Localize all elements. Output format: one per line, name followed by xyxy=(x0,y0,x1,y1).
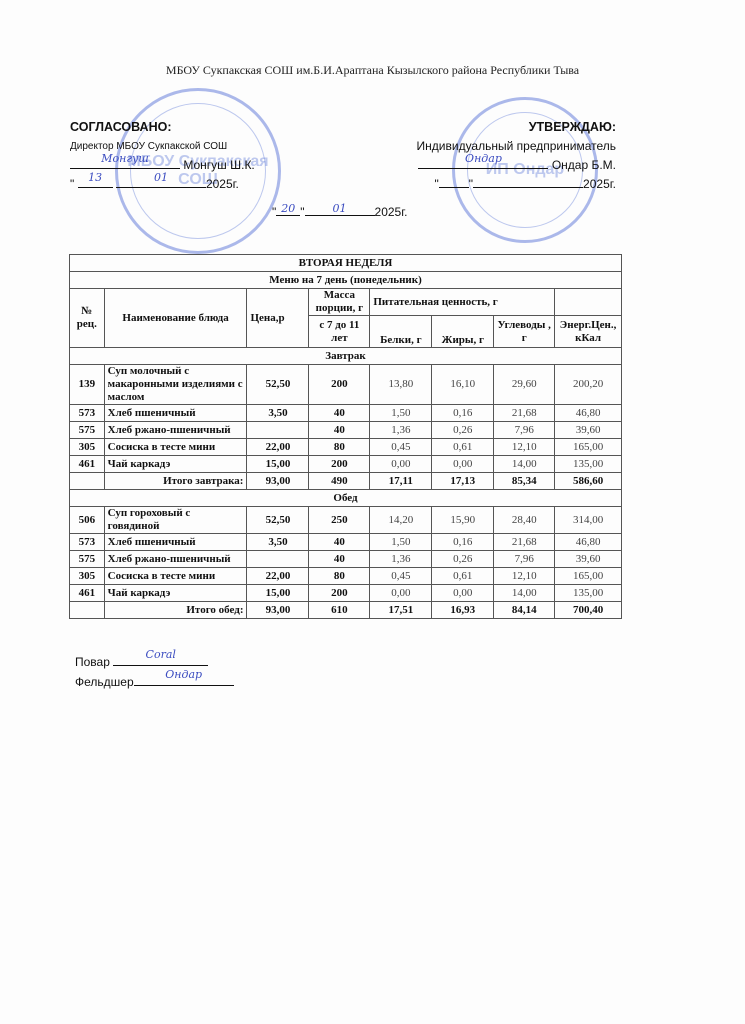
menu-date: "20"012025г. xyxy=(272,203,407,219)
header-nutrition: Питательная ценность, г xyxy=(370,289,555,316)
mass: 40 xyxy=(309,405,370,422)
recipe-number: 573 xyxy=(70,405,105,422)
protein: 0,45 xyxy=(370,439,432,456)
price: 52,50 xyxy=(247,365,309,405)
header-protein: Белки, г xyxy=(370,316,432,348)
table-row: 461Чай каркадэ15,002000,000,0014,00135,0… xyxy=(70,456,622,473)
agreed-block: СОГЛАСОВАНО: Директор МБОУ Сукпакской СО… xyxy=(70,118,370,194)
agreed-heading: СОГЛАСОВАНО: xyxy=(70,118,370,137)
cook-label: Повар xyxy=(75,655,110,669)
mass: 40 xyxy=(309,422,370,439)
table-row: 139Суп молочный с макаронными изделиями … xyxy=(70,365,622,405)
energy: 46,80 xyxy=(555,534,622,551)
carbs: 7,96 xyxy=(494,422,555,439)
energy: 39,60 xyxy=(555,422,622,439)
price xyxy=(247,422,309,439)
total-row: Итого обед:93,0061017,5116,9384,14700,40 xyxy=(70,602,622,619)
recipe-number: 506 xyxy=(70,507,105,534)
menu-date-day-field: 20 xyxy=(276,203,300,216)
total-label: Итого завтрака: xyxy=(104,473,247,490)
approved-position: Индивидуальный предприниматель xyxy=(400,137,616,156)
carbs: 14,00 xyxy=(494,456,555,473)
agreed-date: " 13 012025г. xyxy=(70,175,370,194)
mass: 80 xyxy=(309,439,370,456)
energy: 46,80 xyxy=(555,405,622,422)
approved-signature-line: Ондар Ондар Б.М. xyxy=(400,156,616,175)
approved-signature: Ондар xyxy=(465,149,502,168)
header-carbs: Углеводы , г xyxy=(494,316,555,348)
price: 22,00 xyxy=(247,568,309,585)
section-title: Обед xyxy=(70,490,622,507)
header-num: № рец. xyxy=(70,289,105,348)
dish-name: Хлеб ржано-пшеничный xyxy=(104,551,247,568)
carbs: 21,68 xyxy=(494,405,555,422)
total-label: Итого обед: xyxy=(104,602,247,619)
protein: 1,50 xyxy=(370,405,432,422)
total-mass: 490 xyxy=(309,473,370,490)
header-price: Цена,р xyxy=(247,289,309,348)
dish-name: Сосиска в тесте мини xyxy=(104,568,247,585)
fat: 0,16 xyxy=(432,534,494,551)
protein: 0,00 xyxy=(370,585,432,602)
total-row: Итого завтрака:93,0049017,1117,1385,3458… xyxy=(70,473,622,490)
approved-date-month-field xyxy=(473,175,583,188)
carbs: 21,68 xyxy=(494,534,555,551)
energy: 165,00 xyxy=(555,439,622,456)
fat: 0,00 xyxy=(432,585,494,602)
fat: 0,26 xyxy=(432,422,494,439)
carbs: 14,00 xyxy=(494,585,555,602)
approved-date: ""2025г. xyxy=(400,175,616,194)
approved-signature-field: Ондар xyxy=(418,156,548,169)
menu-table: ВТОРАЯ НЕДЕЛЯ Меню на 7 день (понедельни… xyxy=(69,254,622,619)
carbs: 12,10 xyxy=(494,568,555,585)
fat: 16,10 xyxy=(432,365,494,405)
dish-name: Суп молочный с макаронными изделиями с м… xyxy=(104,365,247,405)
mass: 40 xyxy=(309,551,370,568)
header-empty xyxy=(555,289,622,316)
recipe-number: 305 xyxy=(70,568,105,585)
protein: 0,00 xyxy=(370,456,432,473)
total-energy: 586,60 xyxy=(555,473,622,490)
approved-block: УТВЕРЖДАЮ: Индивидуальный предпринимател… xyxy=(400,118,616,194)
recipe-number: 575 xyxy=(70,551,105,568)
dish-name: Хлеб ржано-пшеничный xyxy=(104,422,247,439)
mass: 250 xyxy=(309,507,370,534)
table-subtitle: Меню на 7 день (понедельник) xyxy=(70,272,622,289)
recipe-number: 575 xyxy=(70,422,105,439)
fat: 0,61 xyxy=(432,439,494,456)
price: 22,00 xyxy=(247,439,309,456)
protein: 1,36 xyxy=(370,422,432,439)
table-row: 506Суп гороховый с говядиной52,5025014,2… xyxy=(70,507,622,534)
dish-name: Чай каркадэ xyxy=(104,456,247,473)
fat: 0,61 xyxy=(432,568,494,585)
protein: 13,80 xyxy=(370,365,432,405)
carbs: 29,60 xyxy=(494,365,555,405)
recipe-number: 461 xyxy=(70,456,105,473)
protein: 1,36 xyxy=(370,551,432,568)
total-price: 93,00 xyxy=(247,602,309,619)
table-row: 573Хлеб пшеничный3,50401,500,1621,6846,8… xyxy=(70,534,622,551)
protein: 0,45 xyxy=(370,568,432,585)
price: 15,00 xyxy=(247,585,309,602)
protein: 1,50 xyxy=(370,534,432,551)
agreed-date-month-field: 01 xyxy=(116,175,206,188)
total-energy: 700,40 xyxy=(555,602,622,619)
section-row: Обед xyxy=(70,490,622,507)
energy: 135,00 xyxy=(555,456,622,473)
recipe-number: 461 xyxy=(70,585,105,602)
total-price: 93,00 xyxy=(247,473,309,490)
total-empty xyxy=(70,473,105,490)
carbs: 28,40 xyxy=(494,507,555,534)
carbs: 12,10 xyxy=(494,439,555,456)
total-fat: 16,93 xyxy=(432,602,494,619)
fat: 0,00 xyxy=(432,456,494,473)
medic-signature-line: ФельдшерОндар xyxy=(75,672,234,692)
table-row: 305Сосиска в тесте мини22,00800,450,6112… xyxy=(70,439,622,456)
dish-name: Хлеб пшеничный xyxy=(104,405,247,422)
recipe-number: 573 xyxy=(70,534,105,551)
protein: 14,20 xyxy=(370,507,432,534)
energy: 39,60 xyxy=(555,551,622,568)
table-row: 461Чай каркадэ15,002000,000,0014,00135,0… xyxy=(70,585,622,602)
mass: 200 xyxy=(309,365,370,405)
fat: 15,90 xyxy=(432,507,494,534)
table-title: ВТОРАЯ НЕДЕЛЯ xyxy=(70,255,622,272)
carbs: 7,96 xyxy=(494,551,555,568)
energy: 165,00 xyxy=(555,568,622,585)
header-age: с 7 до 11 лет xyxy=(309,316,370,348)
dish-name: Хлеб пшеничный xyxy=(104,534,247,551)
energy: 314,00 xyxy=(555,507,622,534)
footer-signatures: Повар Coral ФельдшерОндар xyxy=(75,652,234,692)
dish-name: Суп гороховый с говядиной xyxy=(104,507,247,534)
price: 3,50 xyxy=(247,405,309,422)
total-carbs: 84,14 xyxy=(494,602,555,619)
total-protein: 17,51 xyxy=(370,602,432,619)
dish-name: Чай каркадэ xyxy=(104,585,247,602)
price: 52,50 xyxy=(247,507,309,534)
total-carbs: 85,34 xyxy=(494,473,555,490)
table-row: 575Хлеб ржано-пшеничный401,360,267,9639,… xyxy=(70,422,622,439)
table-row: 575Хлеб ржано-пшеничный401,360,267,9639,… xyxy=(70,551,622,568)
organization-title: МБОУ Сукпакская СОШ им.Б.И.Арaптана Кызы… xyxy=(0,63,745,78)
energy: 200,20 xyxy=(555,365,622,405)
recipe-number: 305 xyxy=(70,439,105,456)
approved-name: Ондар Б.М. xyxy=(552,158,616,172)
header-energy: Энерг.Цен., кКал xyxy=(555,316,622,348)
dish-name: Сосиска в тесте мини xyxy=(104,439,247,456)
fat: 0,16 xyxy=(432,405,494,422)
fat: 0,26 xyxy=(432,551,494,568)
header-mass: Масса порции, г xyxy=(309,289,370,316)
mass: 200 xyxy=(309,585,370,602)
table-row: 573Хлеб пшеничный3,50401,500,1621,6846,8… xyxy=(70,405,622,422)
agreed-signature-line: Монгуш Монгуш Ш.К. xyxy=(70,156,370,175)
total-mass: 610 xyxy=(309,602,370,619)
section-row: Завтрак xyxy=(70,348,622,365)
medic-signature-field: Ондар xyxy=(134,673,234,686)
energy: 135,00 xyxy=(555,585,622,602)
header-name: Наименование блюда xyxy=(104,289,247,348)
table-row: 305Сосиска в тесте мини22,00800,450,6112… xyxy=(70,568,622,585)
section-title: Завтрак xyxy=(70,348,622,365)
cook-signature-line: Повар Coral xyxy=(75,652,234,672)
header-fat: Жиры, г xyxy=(432,316,494,348)
approved-date-day-field xyxy=(439,175,469,188)
approved-heading: УТВЕРЖДАЮ: xyxy=(400,118,616,137)
agreed-date-day-field: 13 xyxy=(78,175,113,188)
mass: 40 xyxy=(309,534,370,551)
price: 15,00 xyxy=(247,456,309,473)
total-fat: 17,13 xyxy=(432,473,494,490)
medic-label: Фельдшер xyxy=(75,675,134,689)
agreed-signature: Монгуш xyxy=(101,149,149,168)
total-protein: 17,11 xyxy=(370,473,432,490)
mass: 80 xyxy=(309,568,370,585)
price: 3,50 xyxy=(247,534,309,551)
mass: 200 xyxy=(309,456,370,473)
recipe-number: 139 xyxy=(70,365,105,405)
menu-date-month-field: 01 xyxy=(305,203,375,216)
total-empty xyxy=(70,602,105,619)
agreed-name: Монгуш Ш.К. xyxy=(183,158,254,172)
price xyxy=(247,551,309,568)
